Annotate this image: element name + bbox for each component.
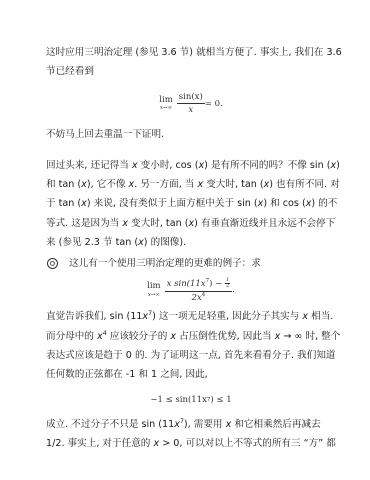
fraction: x sin(11x7) − 12 2x4 xyxy=(165,278,233,303)
numerator: sin(x) xyxy=(177,93,205,105)
numerator: x sin(11x7) − 12 xyxy=(165,278,233,292)
text-line: 和 tan (x), 它不像 x. 另一方面, 当 x 变大时, tan (x)… xyxy=(46,175,336,194)
text-line: 等式. 这是因为当 x 变大时, tan (x) 有垂直渐近线并且永远不会停下 xyxy=(46,214,336,233)
document-page: 这时应用三明治定理 (参见 3.6 节) 就相当方便了. 事实上, 我们在 3.… xyxy=(46,43,336,453)
text-line: 节已经看到 xyxy=(46,62,336,81)
text-line: 任何数的正弦都在 -1 和 1 之间, 因此, xyxy=(46,365,336,384)
lim-text: lim xyxy=(159,96,173,105)
equation-sinx-over-x-limit: lim x→∞ sin(x) x = 0. xyxy=(46,85,336,123)
lim-subscript: x→∞ xyxy=(148,293,160,299)
text-line: 回过头来, 还记得当 x 变小时, cos (x) 是有所不同的吗？不像 sin… xyxy=(46,156,336,175)
text-line: 不妨马上回去重温一下证明. xyxy=(46,125,336,144)
equation-sine-bounds: −1 ≤ sin(11x7) ≤ 1 xyxy=(46,385,336,415)
example-marker-icon xyxy=(47,258,58,269)
denominator: 2x4 xyxy=(192,292,206,303)
equation-tail: . xyxy=(232,285,235,295)
equation-hard-limit: lim x→∞ x sin(11x7) − 12 2x4 . xyxy=(46,273,336,307)
paragraph-sandwich-intro: 这时应用三明治定理 (参见 3.6 节) 就相当方便了. 事实上, 我们在 3.… xyxy=(46,43,336,82)
paragraph-tan-comparison: 回过头来, 还记得当 x 变小时, cos (x) 是有所不同的吗？不像 sin… xyxy=(46,156,336,252)
fraction: sin(x) x xyxy=(177,93,205,115)
one-half: 12 xyxy=(225,278,230,289)
paragraph-intuition: 直觉告诉我们, sin (11x7) 这一项无足轻重, 因此分子其实与 x 相当… xyxy=(46,307,336,384)
limit-operator: lim x→∞ xyxy=(147,282,161,298)
example-text: 这儿有一个使用三明治定理的更难的例子：求 xyxy=(69,254,261,273)
spacer xyxy=(46,144,336,156)
equation-tail: = 0. xyxy=(205,99,223,109)
inequality-right: ) ≤ 1 xyxy=(210,395,231,405)
inequality-left: −1 ≤ sin(11x xyxy=(150,395,207,405)
text-line: 成立. 不过分子不只是 sin (11x7), 需要用 x 和它相乘然后再减去 xyxy=(46,415,336,434)
text-line: 来 (参见 2.3 节 tan (x) 的图像). xyxy=(46,233,336,252)
paragraph-review-proof: 不妨马上回去重温一下证明. xyxy=(46,125,336,144)
text-line: 直觉告诉我们, sin (11x7) 这一项无足轻重, 因此分子其实与 x 相当… xyxy=(46,307,336,326)
example-callout: 这儿有一个使用三明治定理的更难的例子：求 xyxy=(46,254,336,273)
text-line: 表达式应该是趋于 0 的. 为了证明这一点, 首先来看看分子. 我们知道 xyxy=(46,346,336,365)
text-line: 1/2. 事实上, 对于任意的 x > 0, 可以对以上不等式的所有三 “方” … xyxy=(46,434,336,453)
text-line: 这时应用三明治定理 (参见 3.6 节) 就相当方便了. 事实上, 我们在 3.… xyxy=(46,43,336,62)
denominator: x xyxy=(188,104,193,115)
text-line: 而分母中的 x4 应该较分子的 x 占压倒性优势, 因此当 x → ∞ 时, 整… xyxy=(46,327,336,346)
lim-subscript: x→∞ xyxy=(160,106,172,112)
limit-operator: lim x→∞ xyxy=(159,96,173,112)
lim-text: lim xyxy=(147,282,161,291)
paragraph-numerator-bounds: 成立. 不过分子不只是 sin (11x7), 需要用 x 和它相乘然后再减去 … xyxy=(46,415,336,454)
text-line: 于 tan (x) 来说, 没有类似于上面方框中关于 sin (x) 和 cos… xyxy=(46,194,336,213)
